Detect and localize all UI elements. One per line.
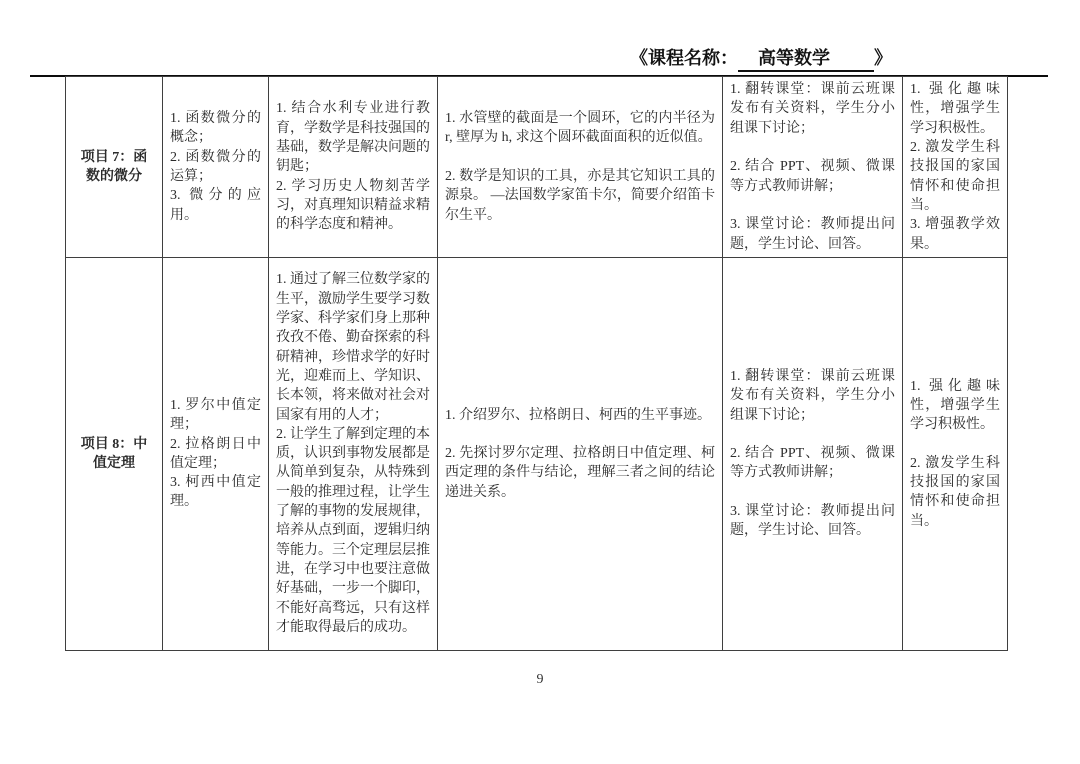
project-8-effects: 1. 强化趣味性，增强学生学习积极性。 2. 激发学生科技报国的家国情怀和使命担… xyxy=(910,377,1000,532)
table-row-project-7: 项目 7：函 数的微分 1. 函数微分的概念； 2. 函数微分的运算； 3. 微… xyxy=(66,77,1008,258)
project-8-ideology: 1. 通过了解三位数学家的生平，激励学生要学习数学家、科学家们身上那种孜孜不倦、… xyxy=(276,270,430,637)
page-number: 9 xyxy=(0,672,1080,688)
course-title-prefix: 《课程名称： xyxy=(630,48,738,68)
document-page: 《课程名称：高等数学》 项目 7：函 数的微分 1. 函数微分的概念； 2. 函… xyxy=(0,0,1080,764)
cell-ideology-elements: 1. 结合水利专业进行教育，学数学是科技强国的基础，数学是解决问题的钥匙； 2.… xyxy=(269,77,438,258)
project-7-ideology: 1. 结合水利专业进行教育，学数学是科技强国的基础，数学是解决问题的钥匙； 2.… xyxy=(276,99,430,234)
cell-teaching-methods: 1. 翻转课堂：课前云班课发布有关资料，学生分小组课下讨论； 2. 结合 PPT… xyxy=(723,257,903,650)
project-7-content: 1. 函数微分的概念； 2. 函数微分的运算； 3. 微分的应用。 xyxy=(170,109,261,225)
course-name-underlined: 高等数学 xyxy=(738,49,874,72)
cell-expected-effects: 1. 强化趣味性，增强学生学习积极性。 2. 激发学生科技报国的家国情怀和使命担… xyxy=(903,257,1008,650)
course-title-suffix: 》 xyxy=(874,48,892,68)
cell-case-design: 1. 介绍罗尔、拉格朗日、柯西的生平事迹。 2. 先探讨罗尔定理、拉格朗日中值定… xyxy=(438,257,723,650)
cell-project-name: 项目 7：函 数的微分 xyxy=(66,77,163,258)
project-7-methods: 1. 翻转课堂：课前云班课发布有关资料，学生分小组课下讨论； 2. 结合 PPT… xyxy=(730,80,895,254)
project-7-cases: 1. 水管壁的截面是一个圆环，它的内半径为 r, 壁厚为 h, 求这个圆环截面面… xyxy=(445,109,715,225)
project-8-content: 1. 罗尔中值定理； 2. 拉格朗日中值定理； 3. 柯西中值定理。 xyxy=(170,396,261,512)
table-row-project-8: 项目 8：中 值定理 1. 罗尔中值定理； 2. 拉格朗日中值定理； 3. 柯西… xyxy=(66,257,1008,650)
project-8-label: 项目 8：中 值定理 xyxy=(73,435,155,474)
project-7-effects: 1. 强化趣味性，增强学生学习积极性。 2. 激发学生科技报国的家国情怀和使命担… xyxy=(910,80,1000,254)
project-7-label: 项目 7：函 数的微分 xyxy=(73,148,155,187)
syllabus-table: 项目 7：函 数的微分 1. 函数微分的概念； 2. 函数微分的运算； 3. 微… xyxy=(65,76,1008,651)
project-8-cases: 1. 介绍罗尔、拉格朗日、柯西的生平事迹。 2. 先探讨罗尔定理、拉格朗日中值定… xyxy=(445,406,715,503)
cell-teaching-content: 1. 函数微分的概念； 2. 函数微分的运算； 3. 微分的应用。 xyxy=(163,77,269,258)
cell-project-name: 项目 8：中 值定理 xyxy=(66,257,163,650)
course-title: 《课程名称：高等数学》 xyxy=(630,44,892,72)
cell-teaching-methods: 1. 翻转课堂：课前云班课发布有关资料，学生分小组课下讨论； 2. 结合 PPT… xyxy=(723,77,903,258)
cell-expected-effects: 1. 强化趣味性，增强学生学习积极性。 2. 激发学生科技报国的家国情怀和使命担… xyxy=(903,77,1008,258)
cell-teaching-content: 1. 罗尔中值定理； 2. 拉格朗日中值定理； 3. 柯西中值定理。 xyxy=(163,257,269,650)
project-8-methods: 1. 翻转课堂：课前云班课发布有关资料，学生分小组课下讨论； 2. 结合 PPT… xyxy=(730,367,895,541)
cell-case-design: 1. 水管壁的截面是一个圆环，它的内半径为 r, 壁厚为 h, 求这个圆环截面面… xyxy=(438,77,723,258)
cell-ideology-elements: 1. 通过了解三位数学家的生平，激励学生要学习数学家、科学家们身上那种孜孜不倦、… xyxy=(269,257,438,650)
